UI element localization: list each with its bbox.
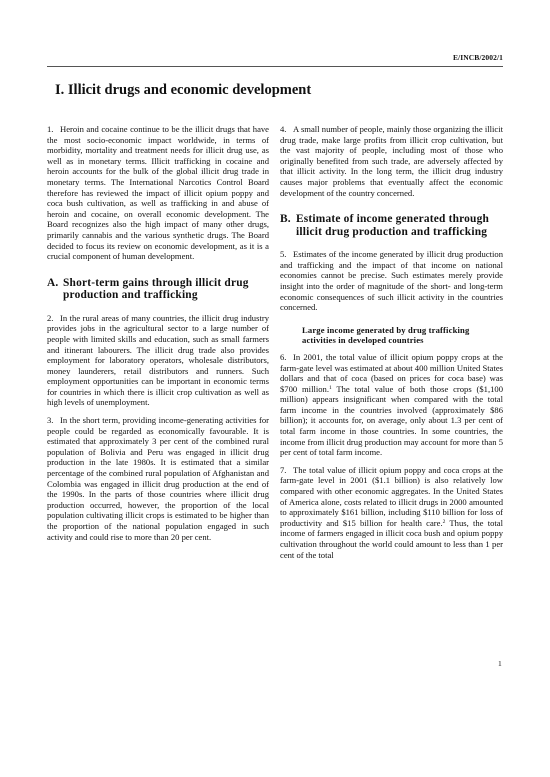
page-number: 1 bbox=[498, 659, 502, 668]
paragraph-number: 4. bbox=[280, 124, 293, 135]
paragraph-text: Estimates of the income generated by ill… bbox=[280, 249, 503, 312]
paragraph-3: 3.In the short term, providing income-ge… bbox=[47, 415, 269, 542]
paragraph-number: 3. bbox=[47, 415, 60, 426]
section-title: Short-term gains through illicit drug pr… bbox=[63, 277, 249, 302]
paragraph-6: 6.In 2001, the total value of illicit op… bbox=[280, 352, 503, 458]
paragraph-5: 5.Estimates of the income generated by i… bbox=[280, 249, 503, 313]
paragraph-4: 4.A small number of people, mainly those… bbox=[280, 124, 503, 198]
paragraph-number: 5. bbox=[280, 249, 293, 260]
section-heading-b: B.Estimate of income generated through i… bbox=[280, 213, 503, 238]
paragraph-text: In the rural areas of many countries, th… bbox=[47, 313, 269, 408]
paragraph-number: 2. bbox=[47, 313, 60, 324]
paragraph-2: 2.In the rural areas of many countries, … bbox=[47, 313, 269, 408]
right-column: 4.A small number of people, mainly those… bbox=[280, 124, 503, 567]
paragraph-text: Heroin and cocaine continue to be the il… bbox=[47, 124, 269, 261]
left-column: 1.Heroin and cocaine continue to be the … bbox=[47, 124, 269, 549]
paragraph-7: 7.The total value of illicit opium poppy… bbox=[280, 465, 503, 560]
subheading-large-income: Large income generated by drug trafficki… bbox=[302, 325, 503, 346]
paragraph-1: 1.Heroin and cocaine continue to be the … bbox=[47, 124, 269, 262]
section-letter: A. bbox=[47, 277, 63, 290]
paragraph-number: 6. bbox=[280, 352, 293, 363]
paragraph-text: A small number of people, mainly those o… bbox=[280, 124, 503, 198]
paragraph-text: In the short term, providing income-gene… bbox=[47, 415, 269, 542]
header-rule bbox=[47, 66, 503, 67]
paragraph-number: 7. bbox=[280, 465, 293, 476]
chapter-title: I. Illicit drugs and economic developmen… bbox=[55, 82, 311, 99]
section-letter: B. bbox=[280, 213, 296, 226]
section-title: Estimate of income generated through ill… bbox=[296, 213, 489, 238]
paragraph-number: 1. bbox=[47, 124, 60, 135]
document-symbol: E/INCB/2002/1 bbox=[453, 53, 503, 62]
section-heading-a: A.Short-term gains through illicit drug … bbox=[47, 277, 269, 302]
paragraph-text-continued: The total value of both those crops ($1,… bbox=[280, 384, 503, 458]
